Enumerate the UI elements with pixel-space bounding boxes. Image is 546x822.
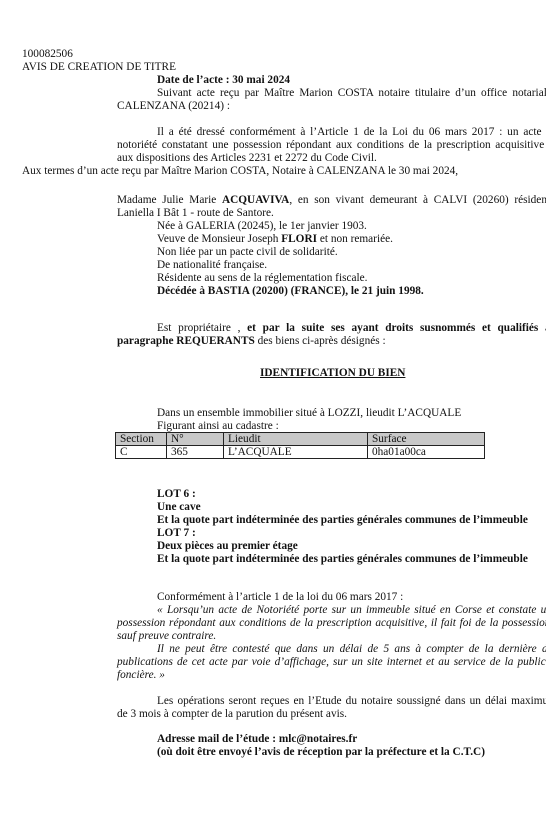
email-note: (où doit être envoyé l’avis de réception… xyxy=(157,746,485,759)
para1-line-3: aux dispositions des Articles 2231 et 22… xyxy=(117,152,377,165)
operations-line-1: Les opérations seront reçues en l’Etude … xyxy=(157,695,546,708)
lot-7-description: Deux pièces au premier étage xyxy=(157,540,298,553)
person-line-1: Madame Julie Marie ACQUAVIVA, en son viv… xyxy=(117,194,546,207)
lot-6-description: Une cave xyxy=(157,501,201,514)
quote-line-5: publications de cet acte par voie d’affi… xyxy=(117,656,546,669)
table-row: C 365 L’ACQUALE 0ha01a00ca xyxy=(116,446,485,459)
intro-line-1: Suivant acte reçu par Maître Marion COST… xyxy=(157,87,546,100)
quote-line-2: possession répondant aux conditions de l… xyxy=(117,617,546,630)
lot-7-share: Et la quote part indéterminée des partie… xyxy=(157,553,528,566)
quote-line-3: sauf preuve contraire. xyxy=(117,630,216,643)
person-death: Décédée à BASTIA (20200) (FRANCE), le 21… xyxy=(157,285,424,298)
reference-number: 100082506 xyxy=(22,48,73,61)
lot-7-label: LOT 7 : xyxy=(157,527,196,540)
person-residence: Résidente au sens de la réglementation f… xyxy=(157,272,367,285)
section-title: IDENTIFICATION DU BIEN xyxy=(260,367,405,380)
quote-line-6: foncière. » xyxy=(117,669,165,682)
person-nationality: De nationalité française. xyxy=(157,259,267,272)
cadastre-table: Section N° Lieudit Surface C 365 L’ACQUA… xyxy=(115,432,485,459)
person-surname: ACQUAVIVA xyxy=(222,194,289,206)
intro-line-2: CALENZANA (20214) : xyxy=(117,100,230,113)
para2: Aux termes d’un acte reçu par Maître Mar… xyxy=(22,165,458,178)
table-header-row: Section N° Lieudit Surface xyxy=(116,433,485,446)
operations-line-2: de 3 mois à compter de la parution du pr… xyxy=(117,708,347,721)
para1-line-1: Il a été dressé conformément à l’Article… xyxy=(157,126,546,139)
quote-line-1: « Lorsqu’un acte de Notoriété porte sur … xyxy=(157,604,546,617)
quote-line-4: Il ne peut être contesté que dans un dél… xyxy=(157,643,546,656)
owner-line-2: paragraphe REQUERANTS des biens ci-après… xyxy=(117,335,386,348)
person-widow: Veuve de Monsieur Joseph FLORI et non re… xyxy=(157,233,393,246)
para1-line-2: notoriété constatant une possession répo… xyxy=(117,139,546,152)
owner-line-1: Est propriétaire , et par la suite ses a… xyxy=(157,322,546,335)
act-date: Date de l’acte : 30 mai 2024 xyxy=(157,74,290,87)
law-intro: Conformément à l’article 1 de la loi du … xyxy=(157,591,403,604)
lot-6-label: LOT 6 : xyxy=(157,488,196,501)
person-birth: Née à GALERIA (20245), le 1er janvier 19… xyxy=(157,220,367,233)
office-email: Adresse mail de l’étude : mlc@notaires.f… xyxy=(157,733,357,746)
person-line-2: Laniella I Bât 1 - route de Santore. xyxy=(117,207,274,220)
lot-6-share: Et la quote part indéterminée des partie… xyxy=(157,514,528,527)
person-pacs: Non liée par un pacte civil de solidarit… xyxy=(157,246,338,259)
property-location: Dans un ensemble immobilier situé à LOZZ… xyxy=(157,407,461,420)
notice-title: AVIS DE CREATION DE TITRE xyxy=(22,61,176,74)
